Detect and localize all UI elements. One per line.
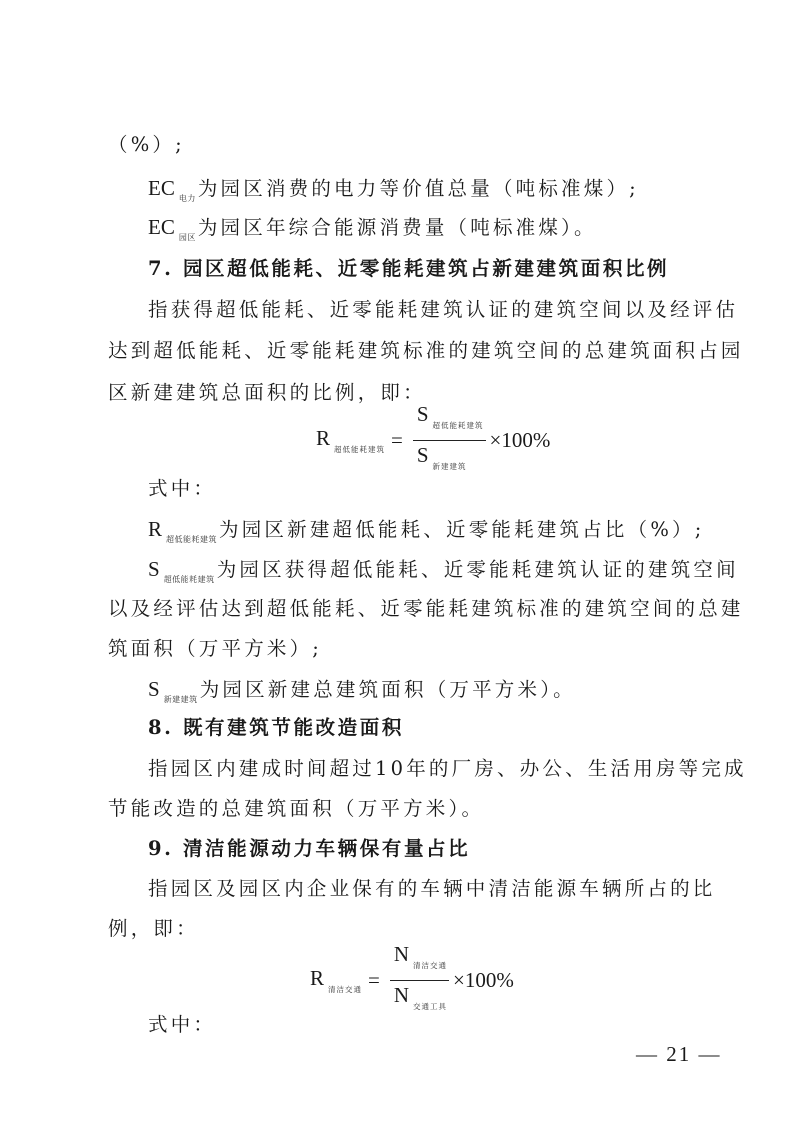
formula-7: R超低能耗建筑 = S超低能耗建筑 S新建建筑 ×100%	[316, 402, 550, 479]
heading-text: 8. 既有建筑节能改造面积	[148, 716, 404, 739]
symbol: R	[316, 426, 330, 450]
subscript: 交通工具	[413, 1002, 447, 1011]
paragraph-line: 指园区内建成时间超过10年的厂房、办公、生活用房等完成	[148, 757, 747, 781]
paragraph-line: 节能改造的总建筑面积（万平方米）。	[108, 797, 484, 821]
text: 为园区获得超低能耗、近零能耗建筑认证的建筑空间	[217, 558, 739, 581]
text: 指获得超低能耗、近零能耗建筑认证的建筑空间以及经评估	[148, 298, 738, 321]
text: 指园区内建成时间超过10年的厂房、办公、生活用房等完成	[148, 757, 747, 780]
text: 区新建建筑总面积的比例，即：	[108, 381, 426, 404]
text: 指园区及园区内企业保有的车辆中清洁能源车辆所占的比	[148, 877, 716, 900]
subscript: 新建建筑	[433, 462, 467, 471]
page-number: — 21 —	[636, 1042, 722, 1067]
fraction: N清洁交通 N交通工具	[390, 942, 449, 1019]
numerator: N清洁交通	[390, 942, 449, 981]
symbol: N	[394, 942, 409, 966]
heading-text: 7. 园区超低能耗、近零能耗建筑占新建建筑面积比例	[148, 257, 669, 280]
section-heading-7: 7. 园区超低能耗、近零能耗建筑占新建建筑面积比例	[148, 257, 669, 281]
subscript: 清洁交通	[328, 985, 362, 994]
paragraph-line: 指园区及园区内企业保有的车辆中清洁能源车辆所占的比	[148, 877, 716, 901]
denominator: S新建建筑	[413, 441, 469, 479]
subscript: 超低能耗建筑	[164, 575, 215, 584]
paragraph-line: 指获得超低能耗、近零能耗建筑认证的建筑空间以及经评估	[148, 298, 738, 322]
symbol: EC	[148, 176, 175, 200]
text: 以及经评估达到超低能耗、近零能耗建筑标准的建筑空间的总建	[108, 597, 744, 620]
symbol: EC	[148, 215, 175, 239]
symbol: N	[394, 983, 409, 1007]
text: 为园区新建超低能耗、近零能耗建筑占比（%）;	[219, 518, 705, 541]
where-label: 式中：	[148, 477, 216, 501]
text: （%）;	[108, 133, 185, 156]
definition-s-new: S新建建筑为园区新建总建筑面积（万平方米）。	[148, 677, 576, 712]
equals-sign: =	[368, 968, 380, 993]
symbol: R	[310, 966, 324, 990]
symbol: S	[417, 443, 429, 467]
definition-ec-electric: EC电力为园区消费的电力等价值总量（吨标准煤）;	[148, 176, 639, 211]
formula-9: R清洁交通 = N清洁交通 N交通工具 ×100%	[310, 942, 514, 1019]
definition-s: S超低能耗建筑为园区获得超低能耗、近零能耗建筑认证的建筑空间	[148, 557, 739, 592]
subscript: 新建建筑	[164, 695, 198, 704]
heading-text: 9. 清洁能源动力车辆保有量占比	[148, 837, 470, 860]
fraction: S超低能耗建筑 S新建建筑	[413, 402, 486, 479]
text: 式中：	[148, 1013, 216, 1036]
symbol: R	[148, 517, 162, 541]
definition-ec-park: EC园区为园区年综合能源消费量（吨标准煤）。	[148, 215, 597, 250]
subscript: 清洁交通	[413, 961, 447, 970]
subscript: 园区	[179, 233, 196, 242]
subscript: 超低能耗建筑	[166, 535, 217, 544]
where-label: 式中：	[148, 1013, 216, 1037]
section-heading-8: 8. 既有建筑节能改造面积	[148, 716, 404, 740]
text: 为园区新建总建筑面积（万平方米）。	[200, 678, 576, 701]
subscript: 电力	[179, 194, 196, 203]
text-line: （%）;	[108, 133, 185, 157]
text: 例，即：	[108, 917, 199, 940]
section-heading-9: 9. 清洁能源动力车辆保有量占比	[148, 837, 470, 861]
paragraph-line: 例，即：	[108, 917, 199, 941]
subscript: 超低能耗建筑	[433, 421, 484, 430]
formula-lhs: R清洁交通	[310, 966, 362, 995]
text: 达到超低能耗、近零能耗建筑标准的建筑空间的总建筑面积占园	[108, 339, 744, 362]
formula-lhs: R超低能耗建筑	[316, 426, 385, 455]
denominator: N交通工具	[390, 981, 449, 1019]
definition-r: R超低能耗建筑为园区新建超低能耗、近零能耗建筑占比（%）;	[148, 517, 705, 552]
paragraph-line: 达到超低能耗、近零能耗建筑标准的建筑空间的总建筑面积占园	[108, 339, 744, 363]
text: 式中：	[148, 477, 216, 500]
paragraph-line: 筑面积（万平方米）;	[108, 637, 322, 661]
paragraph-line: 以及经评估达到超低能耗、近零能耗建筑标准的建筑空间的总建	[108, 597, 744, 621]
symbol: S	[417, 402, 429, 426]
numerator: S超低能耗建筑	[413, 402, 486, 441]
symbol: S	[148, 557, 160, 581]
text: 为园区年综合能源消费量（吨标准煤）。	[198, 216, 597, 239]
multiplier: ×100%	[453, 968, 514, 993]
subscript: 超低能耗建筑	[334, 445, 385, 454]
equals-sign: =	[391, 428, 403, 453]
text: 节能改造的总建筑面积（万平方米）。	[108, 797, 484, 820]
text: 为园区消费的电力等价值总量（吨标准煤）;	[198, 177, 639, 200]
text: 筑面积（万平方米）;	[108, 637, 322, 660]
symbol: S	[148, 677, 160, 701]
multiplier: ×100%	[490, 428, 551, 453]
